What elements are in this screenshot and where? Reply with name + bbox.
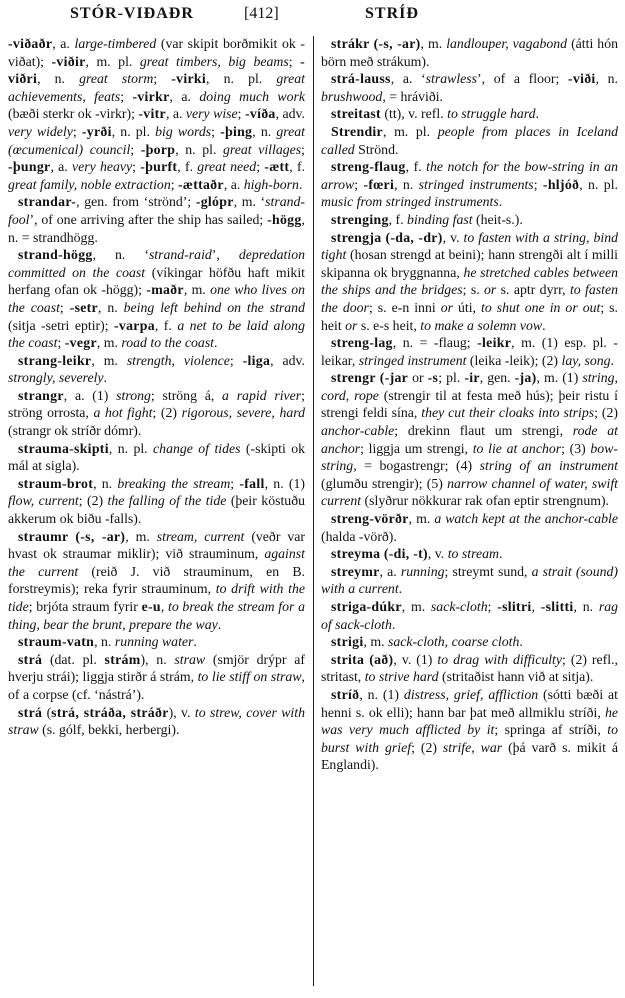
entry-text: , n. = -flaug;: [393, 335, 477, 350]
gloss: running: [401, 564, 445, 579]
gloss: very heavy: [72, 159, 132, 174]
entry-text: ;: [130, 142, 140, 157]
entry-text: , m.: [125, 529, 157, 544]
headword: -fœri: [363, 177, 394, 192]
headword: strangr: [18, 388, 64, 403]
entry-text: , m.: [184, 282, 210, 297]
dictionary-entry: streng-flaug, f. the notch for the bow-s…: [321, 158, 618, 211]
gloss: change of tides: [153, 441, 240, 456]
entry-text: , f.: [177, 159, 197, 174]
dictionary-entry: strandar-, gen. from ‘strönd’; -glópr, m…: [8, 193, 305, 246]
entry-text: , m.: [97, 335, 122, 350]
entry-text: , f.: [289, 159, 305, 174]
headword: straum-vatn: [18, 634, 94, 649]
entry-text: ; drekinn flaut um strengi,: [394, 423, 572, 438]
gloss: they cut their cloaks into strips: [421, 405, 594, 420]
entry-text: , a.: [170, 89, 200, 104]
entry-text: (tt), v. refl.: [381, 106, 447, 121]
entry-text: ;: [301, 142, 305, 157]
entry-text: , n.: [37, 71, 79, 86]
gloss: or: [441, 300, 453, 315]
headword: -þurft: [140, 159, 177, 174]
entry-text: (dat. pl.: [42, 652, 104, 667]
headword: -vegr: [65, 335, 97, 350]
headword: -vitr: [138, 106, 166, 121]
entry-text: , n. pl.: [175, 142, 223, 157]
entry-text: ; liggja um strengi,: [360, 441, 473, 456]
headword: (-s, -ar): [75, 529, 125, 544]
headword: -þing: [220, 124, 252, 139]
headword: -virkr: [132, 89, 169, 104]
dictionary-entry: strákr (-s, -ar), m. landlouper, vagabon…: [321, 35, 618, 70]
dictionary-entry: -viðaðr, a. large-timbered (var skipit b…: [8, 35, 305, 193]
entry-text: , m. pl.: [86, 54, 140, 69]
gloss: to lie stiff on straw: [198, 669, 302, 684]
entry-text: , m. pl.: [383, 124, 438, 139]
entry-text: (slyðrur nökkurar rak ofan eptir strengn…: [361, 493, 609, 508]
entry-text: ;: [120, 89, 132, 104]
headword: -fall: [239, 476, 264, 491]
entry-text: .: [392, 617, 395, 632]
entry-text: ;: [488, 599, 498, 614]
headword: -glópr: [196, 194, 234, 209]
entry-text: or: [408, 370, 428, 385]
dictionary-entry: streng-lag, n. = -flaug; -leikr, m. (1) …: [321, 334, 618, 369]
gloss: very widely: [8, 124, 73, 139]
entry-text: ;: [238, 106, 245, 121]
entry-text: (heit-s.).: [473, 212, 523, 227]
entry-text: ; springa af stríði,: [494, 722, 607, 737]
gloss: road to the coast: [121, 335, 214, 350]
entry-text: .: [611, 353, 614, 368]
headword: streyma: [331, 546, 380, 561]
entry-text: , n.: [394, 177, 419, 192]
gloss: distress, grief, affliction: [404, 687, 538, 702]
entry-text: .: [299, 177, 302, 192]
entry-text: (stritaðist hann við at sitja).: [439, 669, 594, 684]
entry-text: , f.: [406, 159, 427, 174]
gloss: stringed instrument: [359, 353, 467, 368]
entry-text: , m. ‘: [234, 194, 265, 209]
gloss: lay, song: [561, 353, 610, 368]
entry-text: , adv.: [270, 353, 305, 368]
entry-text: ’, of a floor;: [477, 71, 568, 86]
headword: strá: [18, 652, 42, 667]
headword: -viðaðr: [8, 36, 52, 51]
gloss: to stream: [448, 546, 499, 561]
entry-text: , f.: [389, 212, 407, 227]
entry-text: (s. gólf, bekki, herbergi).: [39, 722, 180, 737]
gloss: anchor-cable: [321, 423, 394, 438]
entry-text: , a. ‘: [391, 71, 426, 86]
gloss: great villages: [223, 142, 301, 157]
entry-text: , adv.: [276, 106, 305, 121]
entry-text: s. e-s heit,: [357, 318, 420, 333]
headword: -s: [428, 370, 439, 385]
gloss: sack-cloth, coarse cloth: [388, 634, 519, 649]
entry-text: , m. (1): [537, 370, 583, 385]
gloss: large-timbered: [75, 36, 157, 51]
entry-text: ;: [211, 124, 220, 139]
gloss: a watch kept at the anchor-cable: [434, 511, 618, 526]
entry-text: ’, of one arriving after the ship has sa…: [29, 212, 267, 227]
entry-text: , n.: [98, 300, 124, 315]
gloss: to make a solemn vow: [420, 318, 542, 333]
headword: -varpa: [114, 318, 155, 333]
gloss: binding fast: [407, 212, 473, 227]
gloss: great family, noble extraction: [8, 177, 171, 192]
entry-text: ,: [161, 599, 168, 614]
headword: stríð: [331, 687, 359, 702]
entry-text: , a.: [50, 159, 72, 174]
entry-text: s. aptr dyrr,: [496, 282, 570, 297]
entry-text: (halda -vörð).: [321, 529, 397, 544]
gloss: stringed instruments: [419, 177, 534, 192]
headword: -viði: [568, 71, 596, 86]
entry-text: , n. pl.: [112, 124, 155, 139]
entry-text: ; (2): [594, 405, 618, 420]
dictionary-entry: strá (dat. pl. strám), n. straw (smjör d…: [8, 651, 305, 704]
running-head-right: STRÍÐ: [365, 5, 419, 23]
entry-text: ), v.: [169, 705, 195, 720]
entry-text: , a.: [224, 177, 244, 192]
headword: striga-dúkr: [331, 599, 402, 614]
entry-text: , n.: [94, 634, 115, 649]
gloss: very wise: [186, 106, 238, 121]
gloss: to shut one in or out: [481, 300, 600, 315]
gloss: a hot fight: [93, 405, 152, 420]
entry-text: .: [519, 634, 522, 649]
page-header: STÓR-VIÐAÐR [412] STRÍÐ: [0, 5, 625, 29]
headword: -virki: [171, 71, 206, 86]
entry-text: (sitja -setri eptir);: [8, 318, 114, 333]
headword: strengr: [331, 370, 376, 385]
entry-text: , n. (1): [359, 687, 404, 702]
gloss: great timbers, big beams: [140, 54, 289, 69]
entry-text: , m.: [402, 599, 431, 614]
headword: -hljóð: [543, 177, 579, 192]
entry-text: , a.: [166, 106, 186, 121]
entry-text: .: [536, 106, 539, 121]
entry-text: (glumðu strengir); (5): [321, 476, 447, 491]
dictionary-entry: strengr (-jar or -s; pl. -ir, gen. -ja),…: [321, 369, 618, 510]
entry-text: ;: [289, 54, 300, 69]
headword: -yrði: [82, 124, 112, 139]
dictionary-entry: striga-dúkr, m. sack-cloth; -slitri, -sl…: [321, 598, 618, 633]
entry-text: ;: [171, 177, 178, 192]
dictionary-entry: stríð, n. (1) distress, grief, afflictio…: [321, 686, 618, 774]
headword: (-jar: [380, 370, 408, 385]
entry-text: ; ströng á,: [151, 388, 222, 403]
headword: (-da, -dr): [385, 230, 442, 245]
headword: strandar-: [18, 194, 76, 209]
gloss: high-born: [244, 177, 299, 192]
entry-text: , v. (1): [393, 652, 437, 667]
entry-text: úti,: [453, 300, 481, 315]
dictionary-entry: streymr, a. running; streymt sund, a str…: [321, 563, 618, 598]
entry-text: (bæði sterkr ok -virkr);: [8, 106, 138, 121]
entry-text: , n.: [574, 599, 599, 614]
headword: -liga: [243, 353, 271, 368]
headword: strauma-skipti: [18, 441, 109, 456]
entry-text: , n. ‘: [93, 247, 149, 262]
entry-text: .: [104, 370, 107, 385]
entry-text: (strangr ok stríðr dómr).: [8, 423, 141, 438]
dictionary-entry: Strendir, m. pl. people from places in I…: [321, 123, 618, 158]
entry-text: .: [193, 634, 196, 649]
headword: (að): [369, 652, 393, 667]
headword: Strendir: [331, 124, 383, 139]
entry-text: , gen.: [480, 370, 515, 385]
headword: -setr: [70, 300, 98, 315]
headword: -slitti: [541, 599, 574, 614]
page-number: [412]: [244, 5, 279, 23]
entry-text: , = bogastrengr; (4): [353, 458, 479, 473]
entry-text: ; (2): [79, 493, 108, 508]
gloss: great storm: [79, 71, 153, 86]
entry-text: , m.: [91, 353, 126, 368]
headword: streng-lag: [331, 335, 393, 350]
dictionary-entry: strand-högg, n. ‘strand-raid’, depredati…: [8, 246, 305, 352]
gloss: to drag with difficulty: [437, 652, 562, 667]
entry-text: , n.: [252, 124, 276, 139]
gloss: to struggle hard: [447, 106, 535, 121]
gloss: stream, current: [157, 529, 245, 544]
entry-text: ; brjóta straum fyrir: [29, 599, 142, 614]
gloss: string of an instrument: [480, 458, 618, 473]
headword: -maðr: [146, 282, 184, 297]
gloss: a rapid river: [222, 388, 301, 403]
entry-text: ;: [153, 71, 171, 86]
left-column: -viðaðr, a. large-timbered (var skipit b…: [8, 35, 305, 739]
right-column: strákr (-s, -ar), m. landlouper, vagabon…: [321, 35, 618, 774]
gloss: running water: [115, 634, 194, 649]
gloss: or: [345, 318, 357, 333]
gloss: strongly, severely: [8, 370, 104, 385]
entry-text: , n. pl.: [206, 71, 276, 86]
entry-text: , n. pl.: [109, 441, 153, 456]
entry-text: ; s.: [463, 282, 484, 297]
entry-text: .: [218, 617, 221, 632]
gloss: breaking the stream: [117, 476, 230, 491]
headword: strengja: [331, 230, 381, 245]
gloss: great need: [197, 159, 256, 174]
entry-text: , a. (1): [64, 388, 116, 403]
headword: -ir: [464, 370, 479, 385]
entry-text: Strönd.: [355, 142, 399, 157]
headword: -ættaðr: [178, 177, 224, 192]
entry-text: ,: [532, 599, 541, 614]
entry-text: ’,: [212, 247, 239, 262]
gloss: music from stringed instruments: [321, 194, 499, 209]
entry-text: (: [42, 705, 51, 720]
gloss: being left behind on the strand: [124, 300, 305, 315]
dictionary-entry: straum-vatn, n. running water.: [8, 633, 305, 651]
entry-text: ;: [57, 335, 64, 350]
headword: -víða: [245, 106, 276, 121]
headword: strigi: [331, 634, 363, 649]
entry-text: , gen. from ‘strönd’;: [76, 194, 196, 209]
gloss: doing much work: [199, 89, 305, 104]
dictionary-entry: streitast (tt), v. refl. to struggle har…: [321, 105, 618, 123]
gloss: to strive hard: [365, 669, 439, 684]
headword: (-s, -ar): [374, 36, 421, 51]
dictionary-entry: strang-leikr, m. strength, violence; -li…: [8, 352, 305, 387]
dictionary-entry: streyma (-di, -t), v. to stream.: [321, 545, 618, 563]
headword: strita: [331, 652, 364, 667]
gloss: rigorous, severe, hard: [182, 405, 305, 420]
entry-text: .: [499, 546, 502, 561]
headword: straumr: [18, 529, 68, 544]
entry-text: (leika -leik); (2): [466, 353, 561, 368]
headword: strenging: [331, 212, 389, 227]
entry-text: , n. pl.: [579, 177, 618, 192]
entry-text: ;: [230, 353, 243, 368]
gloss: strawless: [426, 71, 477, 86]
headword: streymr: [331, 564, 380, 579]
entry-text: , v.: [428, 546, 448, 561]
entry-text: ; streymt sund,: [445, 564, 532, 579]
headword: -slitri: [497, 599, 531, 614]
gloss: flow, current: [8, 493, 79, 508]
dictionary-entry: strenging, f. binding fast (heit-s.).: [321, 211, 618, 229]
gloss: strand-raid: [149, 247, 212, 262]
dictionary-entry: straumr (-s, -ar), m. stream, current (v…: [8, 528, 305, 634]
entry-text: ; pl.: [438, 370, 464, 385]
entry-text: ;: [60, 300, 70, 315]
entry-text: .: [399, 581, 402, 596]
headword: strá, stráða, stráðr: [51, 705, 168, 720]
entry-text: .: [542, 318, 545, 333]
headword: -högg: [267, 212, 301, 227]
entry-text: , f.: [155, 318, 177, 333]
entry-text: , m.: [421, 36, 447, 51]
gloss: landlouper, vagabond: [446, 36, 567, 51]
entry-text: ; (2): [411, 740, 443, 755]
entry-text: , v.: [443, 230, 464, 245]
entry-text: ;: [534, 177, 543, 192]
entry-text: , n. (1): [265, 476, 305, 491]
headword: streng-flaug: [331, 159, 406, 174]
gloss: strong: [116, 388, 151, 403]
headword: strang-leikr: [18, 353, 91, 368]
headword: e-u: [142, 599, 161, 614]
entry-text: , a.: [380, 564, 401, 579]
dictionary-entry: strangr, a. (1) strong; ströng á, a rapi…: [8, 387, 305, 440]
headword: -þorp: [141, 142, 175, 157]
headword: -viðir: [52, 54, 86, 69]
entry-text: .: [499, 194, 502, 209]
entry-text: , a.: [52, 36, 74, 51]
entry-text: ;: [230, 476, 239, 491]
headword: strand-högg: [18, 247, 93, 262]
entry-text: , m.: [363, 634, 388, 649]
headword: streitast: [331, 106, 381, 121]
headword: strákr: [331, 36, 370, 51]
gloss: or: [484, 282, 496, 297]
headword: -þungr: [8, 159, 50, 174]
gloss: strife, war: [443, 740, 502, 755]
entry-text: , n.: [93, 476, 117, 491]
headword: streng-vörðr: [331, 511, 409, 526]
entry-text: ; s. e-n inni: [369, 300, 441, 315]
gloss: brushwood: [321, 89, 382, 104]
dictionary-entry: streng-vörðr, m. a watch kept at the anc…: [321, 510, 618, 545]
dictionary-entry: strigi, m. sack-cloth, coarse cloth.: [321, 633, 618, 651]
dictionary-entry: straum-brot, n. breaking the stream; -fa…: [8, 475, 305, 528]
headword: -leikr: [477, 335, 511, 350]
dictionary-entry: strá (strá, stráða, stráðr), v. to strew…: [8, 704, 305, 739]
running-head-left: STÓR-VIÐAÐR: [70, 5, 194, 23]
column-divider: [313, 36, 314, 986]
entry-text: ; (2): [152, 405, 181, 420]
gloss: to lie at anchor: [473, 441, 561, 456]
entry-text: ), n.: [141, 652, 175, 667]
gloss: big words: [155, 124, 211, 139]
entry-text: ; (3): [561, 441, 590, 456]
dictionary-entry: strita (að), v. (1) to drag with difficu…: [321, 651, 618, 686]
gloss: sack-cloth: [431, 599, 488, 614]
gloss: strength, violence: [127, 353, 230, 368]
dictionary-entry: strengja (-da, -dr), v. to fasten with a…: [321, 229, 618, 335]
gloss: straw: [174, 652, 205, 667]
dictionary-entry: strauma-skipti, n. pl. change of tides (…: [8, 440, 305, 475]
headword: -ja): [515, 370, 537, 385]
headword: (-di, -t): [384, 546, 428, 561]
headword: strá: [18, 705, 42, 720]
entry-text: , m.: [409, 511, 435, 526]
entry-text: , = hráviði.: [382, 89, 443, 104]
entry-text: ;: [73, 124, 82, 139]
headword: strá-lauss: [331, 71, 391, 86]
headword: -ætt: [264, 159, 289, 174]
entry-text: , n.: [596, 71, 618, 86]
headword: strám: [105, 652, 141, 667]
dictionary-entry: strá-lauss, a. ‘strawless’, of a floor; …: [321, 70, 618, 105]
gloss: the falling of the tide: [108, 493, 227, 508]
headword: straum-brot: [18, 476, 93, 491]
entry-text: .: [214, 335, 217, 350]
